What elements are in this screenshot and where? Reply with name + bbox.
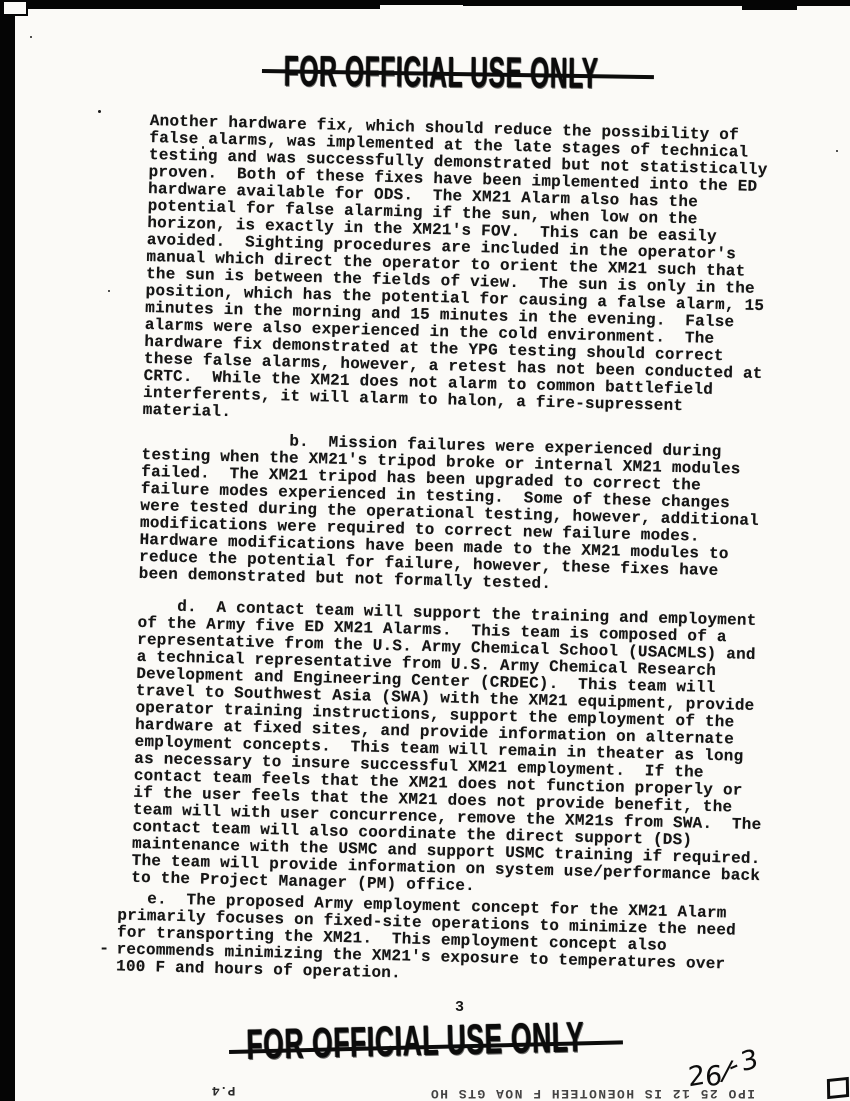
page-number: 3 [455, 1000, 464, 1015]
handdrawn-square-mark [827, 1077, 849, 1099]
paragraph-d: d. A contact team will support the train… [131, 598, 798, 903]
margin-dash: - [99, 941, 109, 958]
paragraph-b: b. Mission failures were experienced dur… [139, 430, 803, 599]
scan-edge-left-bar [0, 0, 15, 1101]
scan-edge-top-blob [742, 0, 797, 10]
scan-corner-notch [2, 0, 28, 16]
classification-stamp-bottom: FOR OFFICIAL USE ONLY [246, 1012, 585, 1069]
scan-speck [30, 36, 32, 38]
scan-speck [98, 110, 101, 113]
paragraph-e: e. The proposed Army employment concept … [116, 890, 791, 991]
fax-page-label-upside-down: P.4 [212, 1084, 235, 1097]
scan-edge-top-segment [0, 0, 380, 9]
scanned-document-page: FOR OFFICIAL USE ONLY Another hardware f… [0, 0, 850, 1101]
scan-speck [108, 290, 110, 292]
document-body: Another hardware fix, which should reduc… [129, 113, 810, 992]
paragraph-a-continuation: Another hardware fix, which should reduc… [143, 113, 810, 435]
scan-speck [836, 150, 838, 152]
